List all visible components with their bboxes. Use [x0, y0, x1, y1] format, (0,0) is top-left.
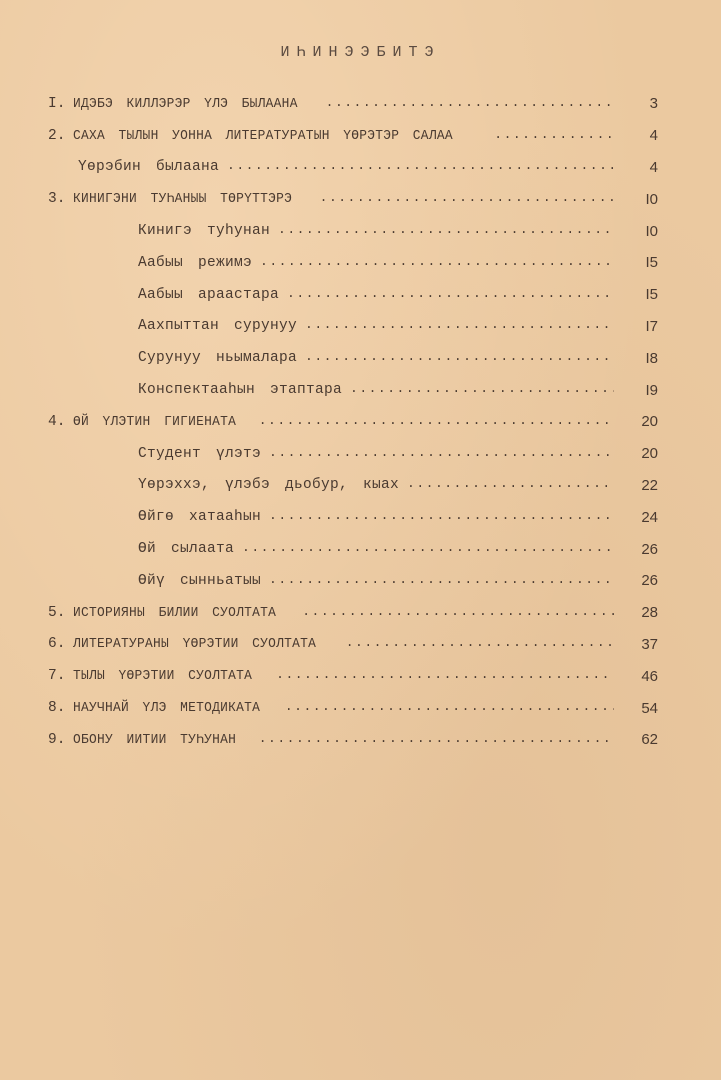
toc-entry: Аахпыттан сурунууI7: [48, 311, 658, 343]
entry-page-number: 20: [624, 445, 658, 462]
entry-title: ИДЭБЭ КИЛЛЭРЭР ҮЛЭ БЫЛААНА: [73, 96, 298, 112]
entry-title: Үөрэххэ, үлэбэ дьобур, кыах: [138, 477, 399, 493]
dot-leader: [242, 544, 614, 558]
entry-title: Өйү сынньатыы: [138, 573, 261, 589]
entry-page-number: I0: [624, 223, 658, 240]
entry-title: САХА ТЫЛЫН УОННА ЛИТЕРАТУРАТЫН ҮӨРЭТЭР С…: [73, 128, 453, 144]
entry-title: Сурунуу ньымалара: [138, 350, 297, 366]
toc-entry: Өйү сынньатыы26: [48, 565, 658, 597]
dot-leader: [260, 258, 614, 272]
toc-entry: 4.ӨЙ ҮЛЭТИН ГИГИЕНАТА20: [48, 406, 658, 438]
dot-leader: [494, 131, 614, 145]
entry-page-number: I9: [624, 382, 658, 399]
toc-entry: Өйгө хатааһын24: [48, 501, 658, 533]
dot-leader: [227, 162, 614, 176]
dot-leader: [259, 735, 614, 749]
toc-entry: Үөрэбин былаана4: [48, 152, 658, 184]
toc-entry: Үөрэххэ, үлэбэ дьобур, кыах22: [48, 470, 658, 502]
entry-number: 7.: [48, 668, 65, 684]
entry-title: НАУЧНАЙ ҮЛЭ МЕТОДИКАТА: [73, 700, 260, 716]
entry-page-number: I5: [624, 254, 658, 271]
entry-page-number: 24: [624, 509, 658, 526]
entry-title: ЛИТЕРАТУРАНЫ ҮӨРЭТИИ СУОЛТАТА: [73, 636, 316, 652]
toc-entry: 5.ИСТОРИЯНЫ БИЛИИ СУОЛТАТА28: [48, 597, 658, 629]
entry-page-number: 4: [624, 127, 658, 144]
dot-leader: [269, 576, 614, 590]
entry-title: Аабыы режимэ: [138, 255, 252, 271]
entry-page-number: 62: [624, 731, 658, 748]
entry-number: 8.: [48, 700, 65, 716]
entry-title: ӨЙ ҮЛЭТИН ГИГИЕНАТА: [73, 414, 236, 430]
entry-page-number: 28: [624, 604, 658, 621]
entry-page-number: 3: [624, 95, 658, 112]
toc-entry: Сурунуу ньымалараI8: [48, 342, 658, 374]
entry-title: ТЫЛЫ ҮӨРЭТИИ СУОЛТАТА: [73, 668, 252, 684]
entry-title: Конспектааһын этаптара: [138, 382, 342, 398]
entry-title: Аахпыттан сурунуу: [138, 318, 297, 334]
dot-leader: [287, 290, 614, 304]
toc-entry: 7.ТЫЛЫ ҮӨРЭТИИ СУОЛТАТА46: [48, 660, 658, 692]
bleed-through-text: [110, 840, 610, 960]
toc-entry: 2.САХА ТЫЛЫН УОННА ЛИТЕРАТУРАТЫН ҮӨРЭТЭР…: [48, 120, 658, 152]
entry-number: 5.: [48, 605, 65, 621]
toc-entry: I.ИДЭБЭ КИЛЛЭРЭР ҮЛЭ БЫЛААНА3: [48, 88, 658, 120]
toc-entry: Кинигэ туһунанI0: [48, 215, 658, 247]
entry-page-number: 4: [624, 159, 658, 176]
dot-leader: [276, 671, 614, 685]
entry-number: 9.: [48, 732, 65, 748]
dot-leader: [326, 99, 614, 113]
entry-title: Аабыы араастара: [138, 287, 279, 303]
table-of-contents: I.ИДЭБЭ КИЛЛЭРЭР ҮЛЭ БЫЛААНА32.САХА ТЫЛЫ…: [48, 88, 658, 756]
entry-page-number: 46: [624, 668, 658, 685]
toc-entry: Студент үлэтэ20: [48, 438, 658, 470]
page-title: ИҺИНЭЭБИТЭ: [0, 44, 721, 61]
entry-number: 6.: [48, 636, 65, 652]
entry-title: Өй сылаата: [138, 541, 234, 557]
dot-leader: [302, 608, 614, 622]
entry-title: КИНИГЭНИ ТУҺАНЫЫ ТӨРҮТТЭРЭ: [73, 191, 292, 207]
entry-page-number: 37: [624, 636, 658, 653]
entry-page-number: I7: [624, 318, 658, 335]
entry-page-number: 22: [624, 477, 658, 494]
toc-entry: Конспектааһын этаптараI9: [48, 374, 658, 406]
dot-leader: [346, 639, 614, 653]
dot-leader: [259, 417, 614, 431]
entry-number: 2.: [48, 128, 65, 144]
toc-entry: Өй сылаата26: [48, 533, 658, 565]
entry-page-number: I5: [624, 286, 658, 303]
dot-leader: [269, 449, 614, 463]
entry-page-number: 26: [624, 572, 658, 589]
dot-leader: [320, 194, 614, 208]
entry-title: ИСТОРИЯНЫ БИЛИИ СУОЛТАТА: [73, 605, 276, 621]
entry-page-number: 26: [624, 541, 658, 558]
dot-leader: [305, 353, 614, 367]
entry-page-number: 54: [624, 700, 658, 717]
entry-title: Кинигэ туһунан: [138, 223, 270, 239]
dot-leader: [269, 512, 614, 526]
dot-leader: [278, 226, 614, 240]
dot-leader: [305, 321, 614, 335]
entry-title: Студент үлэтэ: [138, 446, 261, 462]
entry-page-number: 20: [624, 413, 658, 430]
dot-leader: [350, 385, 614, 399]
toc-entry: 3.КИНИГЭНИ ТУҺАНЫЫ ТӨРҮТТЭРЭI0: [48, 183, 658, 215]
entry-title: Үөрэбин былаана: [78, 159, 219, 175]
entry-number: I.: [48, 96, 65, 112]
entry-page-number: I0: [624, 191, 658, 208]
toc-entry: 9.ОБОНУ ИИТИИ ТУҺУНАН62: [48, 724, 658, 756]
entry-title: ОБОНУ ИИТИИ ТУҺУНАН: [73, 732, 236, 748]
entry-title: Өйгө хатааһын: [138, 509, 261, 525]
dot-leader: [285, 703, 614, 717]
entry-page-number: I8: [624, 350, 658, 367]
toc-entry: 6.ЛИТЕРАТУРАНЫ ҮӨРЭТИИ СУОЛТАТА37: [48, 629, 658, 661]
toc-entry: 8.НАУЧНАЙ ҮЛЭ МЕТОДИКАТА54: [48, 692, 658, 724]
toc-entry: Аабыы режимэI5: [48, 247, 658, 279]
dot-leader: [407, 480, 614, 494]
entry-number: 3.: [48, 191, 65, 207]
toc-entry: Аабыы араастараI5: [48, 279, 658, 311]
entry-number: 4.: [48, 414, 65, 430]
